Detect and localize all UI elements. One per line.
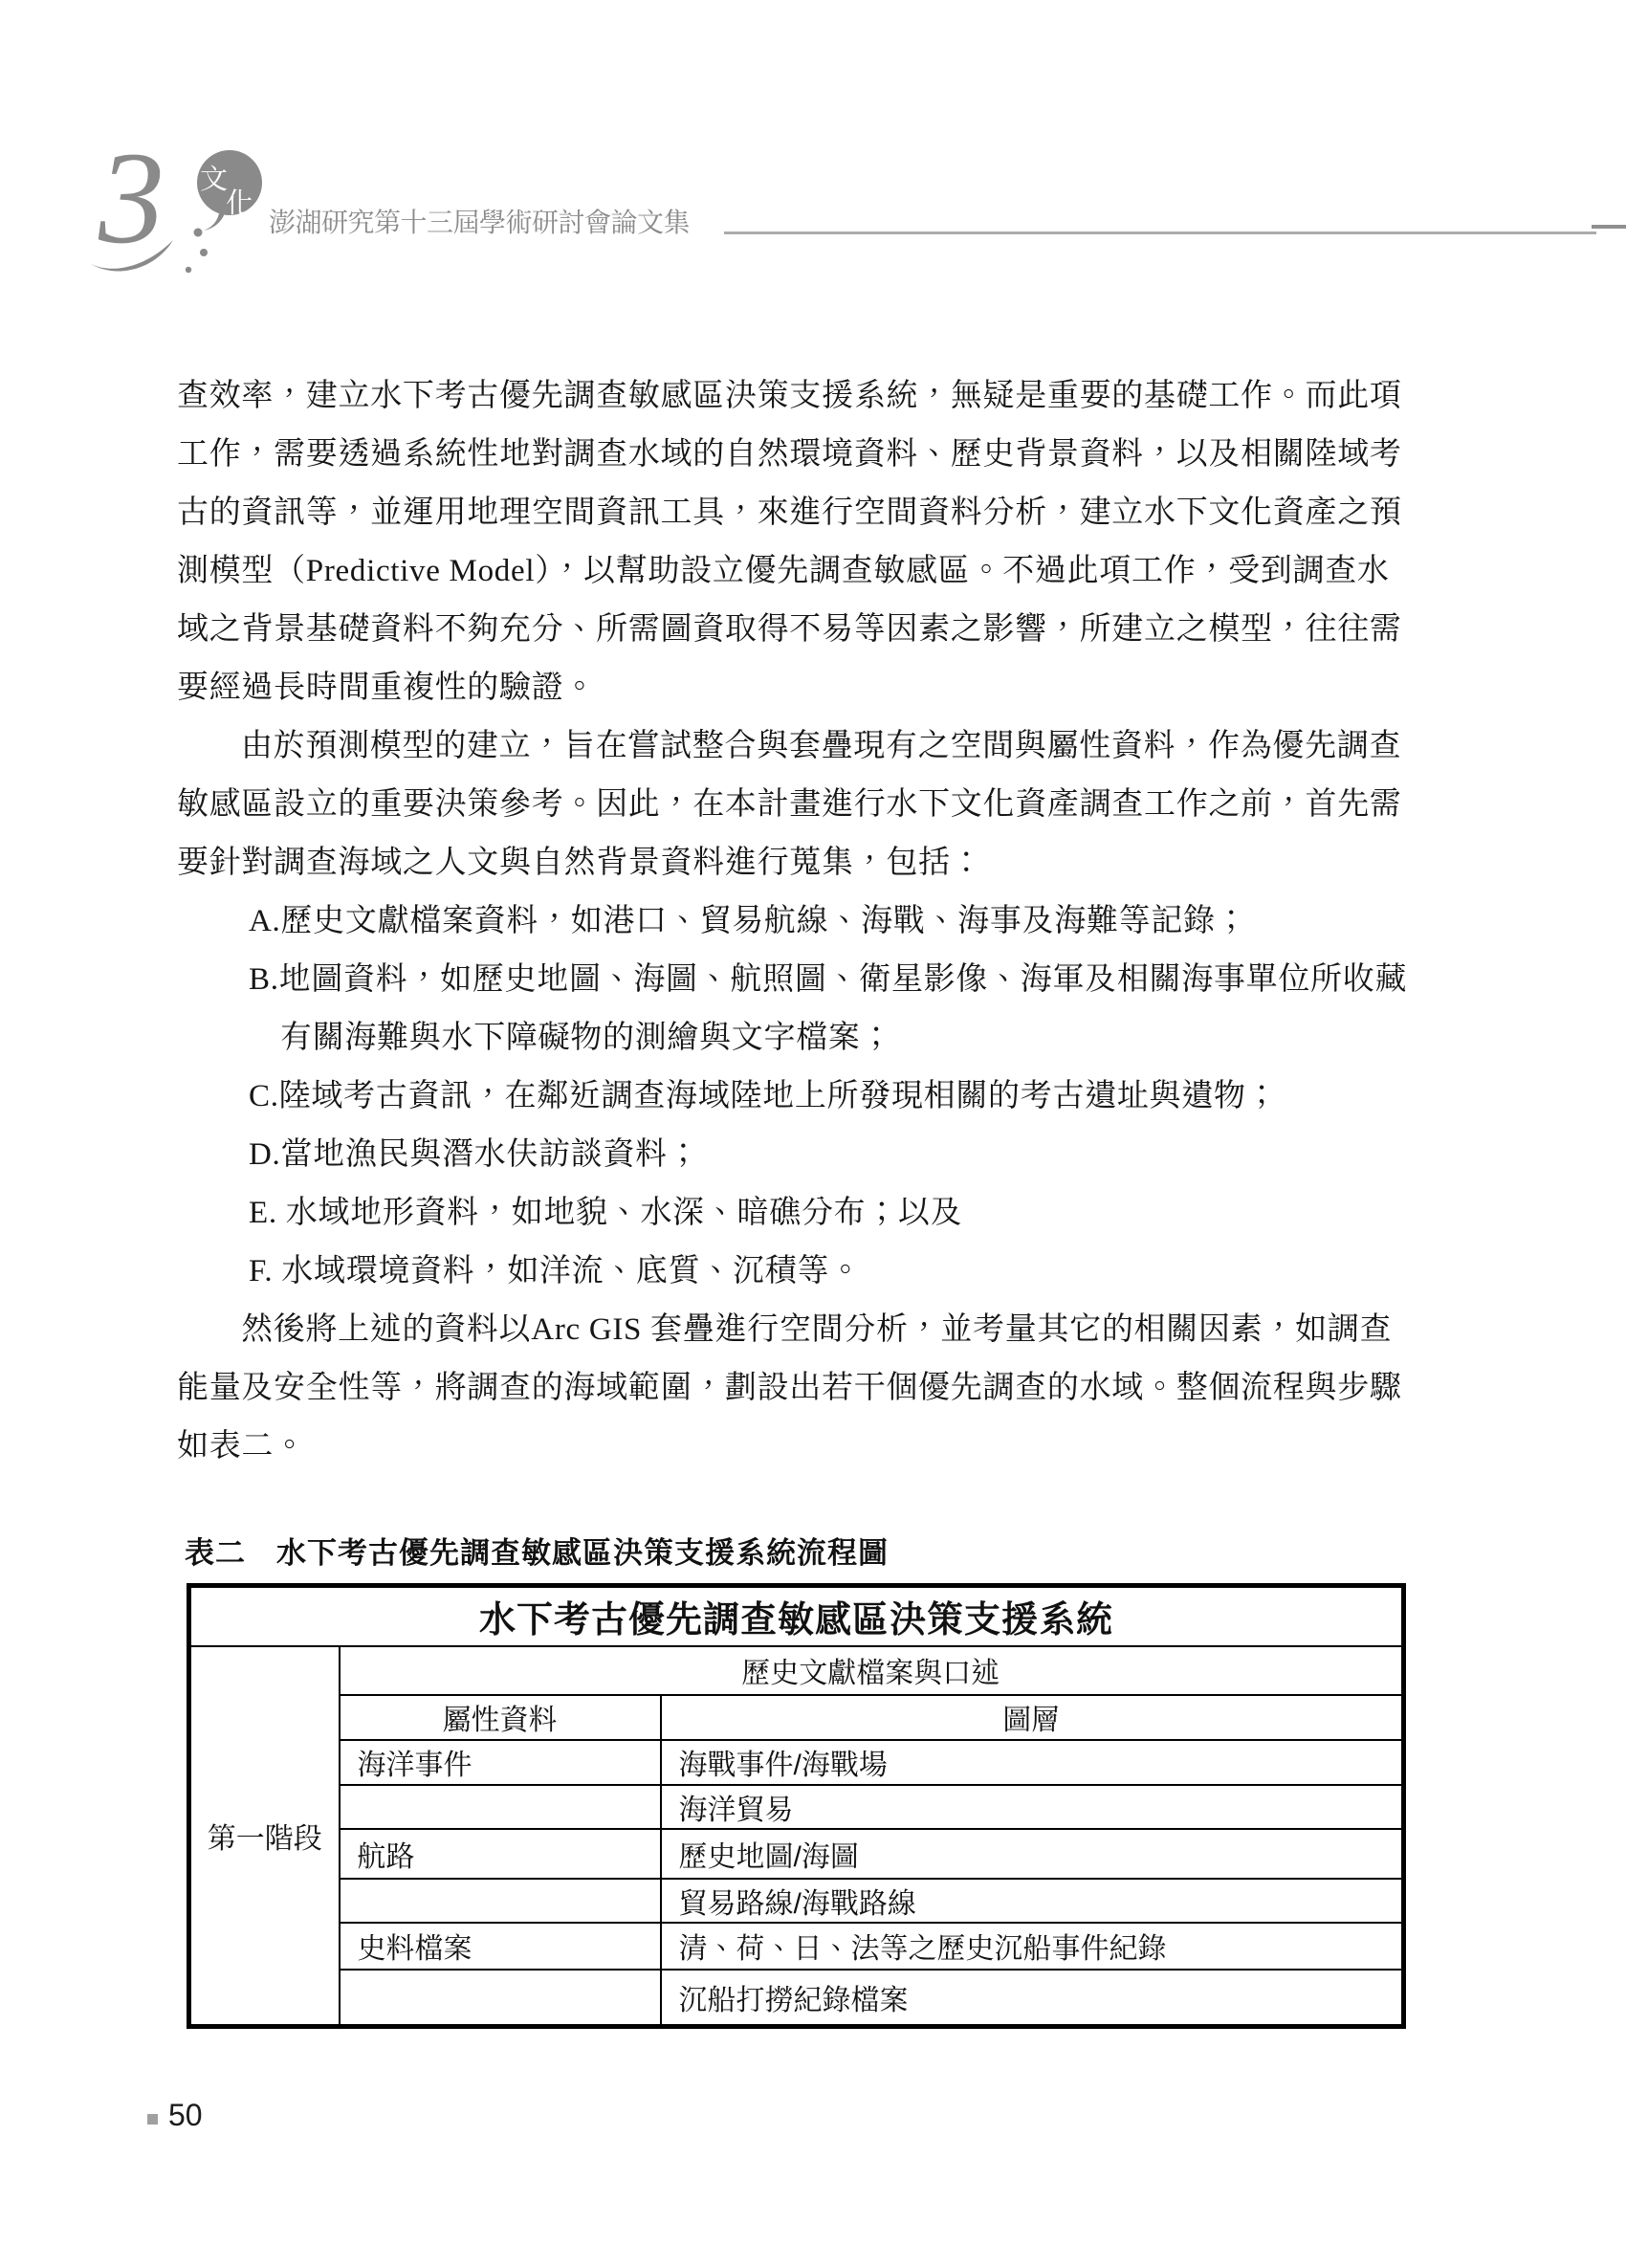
layer-cell: 沉船打撈紀錄檔案 (661, 1970, 1404, 2027)
list-item-line: F. 水域環境資料，如洋流、底質、沉積等。 (177, 1243, 1416, 1301)
table-row: 沉船打撈紀錄檔案 (189, 1970, 1404, 2027)
text-line: 要經過長時間重複性的驗證。 (177, 659, 1416, 717)
table-row: 海洋事件 海戰事件/海戰場 (189, 1740, 1404, 1785)
page-number: 50 (168, 2098, 203, 2133)
attribute-cell: 航路 (340, 1829, 661, 1879)
logo-char-hua: 化 (226, 188, 253, 219)
layer-cell: 海戰事件/海戰場 (661, 1740, 1404, 1785)
layer-cell: 清、荷、日、法等之歷史沉船事件紀錄 (661, 1923, 1404, 1970)
header-rule-end-segment (1592, 225, 1626, 229)
table-row: 航路 歷史地圖/海圖 (189, 1829, 1404, 1879)
header-rule (724, 231, 1596, 234)
col-header-attribute: 屬性資料 (340, 1695, 661, 1740)
list-item-line: B.地圖資料，如歷史地圖、海圖、航照圖、衛星影像、海軍及相關海事單位所收藏 (177, 951, 1416, 1009)
text-line: 域之背景基礎資料不夠充分、所需圖資取得不易等因素之影響，所建立之模型，往往需 (177, 601, 1416, 659)
decision-support-flow-table: 水下考古優先調查敏感區決策支援系統 第一階段 歷史文獻檔案與口述 屬性資料 圖層… (187, 1583, 1406, 2029)
list-item-line: C.陸域考古資訊，在鄰近調查海域陸地上所發現相關的考古遺址與遺物； (177, 1068, 1416, 1126)
layer-cell: 海洋貿易 (661, 1785, 1404, 1829)
text-line: 如表二。 (177, 1418, 1416, 1476)
text-line: 測模型（Predictive Model），以幫助設立優先調查敏感區。不過此項工… (177, 542, 1416, 601)
group-header-cell: 歷史文獻檔案與口述 (340, 1646, 1404, 1695)
attribute-cell: 海洋事件 (340, 1740, 661, 1785)
document-page: 3 文 化 澎湖研究第十三屆學術研討會論文集 查效率，建立水下考古優先調查敏感區… (0, 0, 1626, 2268)
attribute-cell (340, 1785, 661, 1829)
layer-cell: 歷史地圖/海圖 (661, 1829, 1404, 1879)
text-line: 能量及安全性等，將調查的海域範圍，劃設出若干個優先調查的水域。整個流程與步驟 (177, 1359, 1416, 1418)
table-row: 海洋貿易 (189, 1785, 1404, 1829)
stage-cell: 第一階段 (189, 1646, 340, 2027)
text-line: 古的資訊等，並運用地理空間資訊工具，來進行空間資料分析，建立水下文化資產之預 (177, 484, 1416, 542)
list-item-line: 有關海難與水下障礙物的測繪與文字檔案； (177, 1009, 1416, 1068)
list-item-line: D.當地漁民與潛水伕訪談資料； (177, 1126, 1416, 1184)
text-line: 查效率，建立水下考古優先調查敏感區決策支援系統，無疑是重要的基礎工作。而此項 (177, 367, 1416, 426)
attribute-cell: 史料檔案 (340, 1923, 661, 1970)
attribute-cell (340, 1879, 661, 1923)
table-caption: 表二 水下考古優先調查敏感區決策支援系統流程圖 (185, 1529, 889, 1572)
layer-cell: 貿易路線/海戰路線 (661, 1879, 1404, 1923)
col-header-layer: 圖層 (661, 1695, 1404, 1740)
table-title: 水下考古優先調查敏感區決策支援系統 (189, 1586, 1404, 1646)
logo-numeral: 3 (98, 129, 165, 271)
list-item-line: A.歷史文獻檔案資料，如港口、貿易航線、海戰、海事及海難等記錄； (177, 892, 1416, 951)
text-line: 敏感區設立的重要決策參考。因此，在本計畫進行水下文化資產調查工作之前，首先需 (177, 776, 1416, 834)
text-line: 由於預測模型的建立，旨在嘗試整合與套疊現有之空間與屬性資料，作為優先調查 (177, 717, 1416, 776)
table-row: 史料檔案 清、荷、日、法等之歷史沉船事件紀錄 (189, 1923, 1404, 1970)
page-number-bullet (147, 2114, 158, 2125)
text-line: 然後將上述的資料以Arc GIS 套疊進行空間分析，並考量其它的相關因素，如調查 (177, 1301, 1416, 1359)
list-item-line: E. 水域地形資料，如地貌、水深、暗礁分布；以及 (177, 1184, 1416, 1243)
proceedings-title: 澎湖研究第十三屆學術研討會論文集 (269, 202, 690, 240)
body-text-block: 查效率，建立水下考古優先調查敏感區決策支援系統，無疑是重要的基礎工作。而此項 工… (177, 367, 1416, 1476)
logo-char-wen: 文 (200, 164, 228, 195)
text-line: 工作，需要透過系統性地對調查水域的自然環境資料、歷史背景資料，以及相關陸域考 (177, 426, 1416, 484)
table-row: 貿易路線/海戰路線 (189, 1879, 1404, 1923)
attribute-cell (340, 1970, 661, 2027)
text-line: 要針對調查海域之人文與自然背景資料進行蒐集，包括： (177, 834, 1416, 892)
